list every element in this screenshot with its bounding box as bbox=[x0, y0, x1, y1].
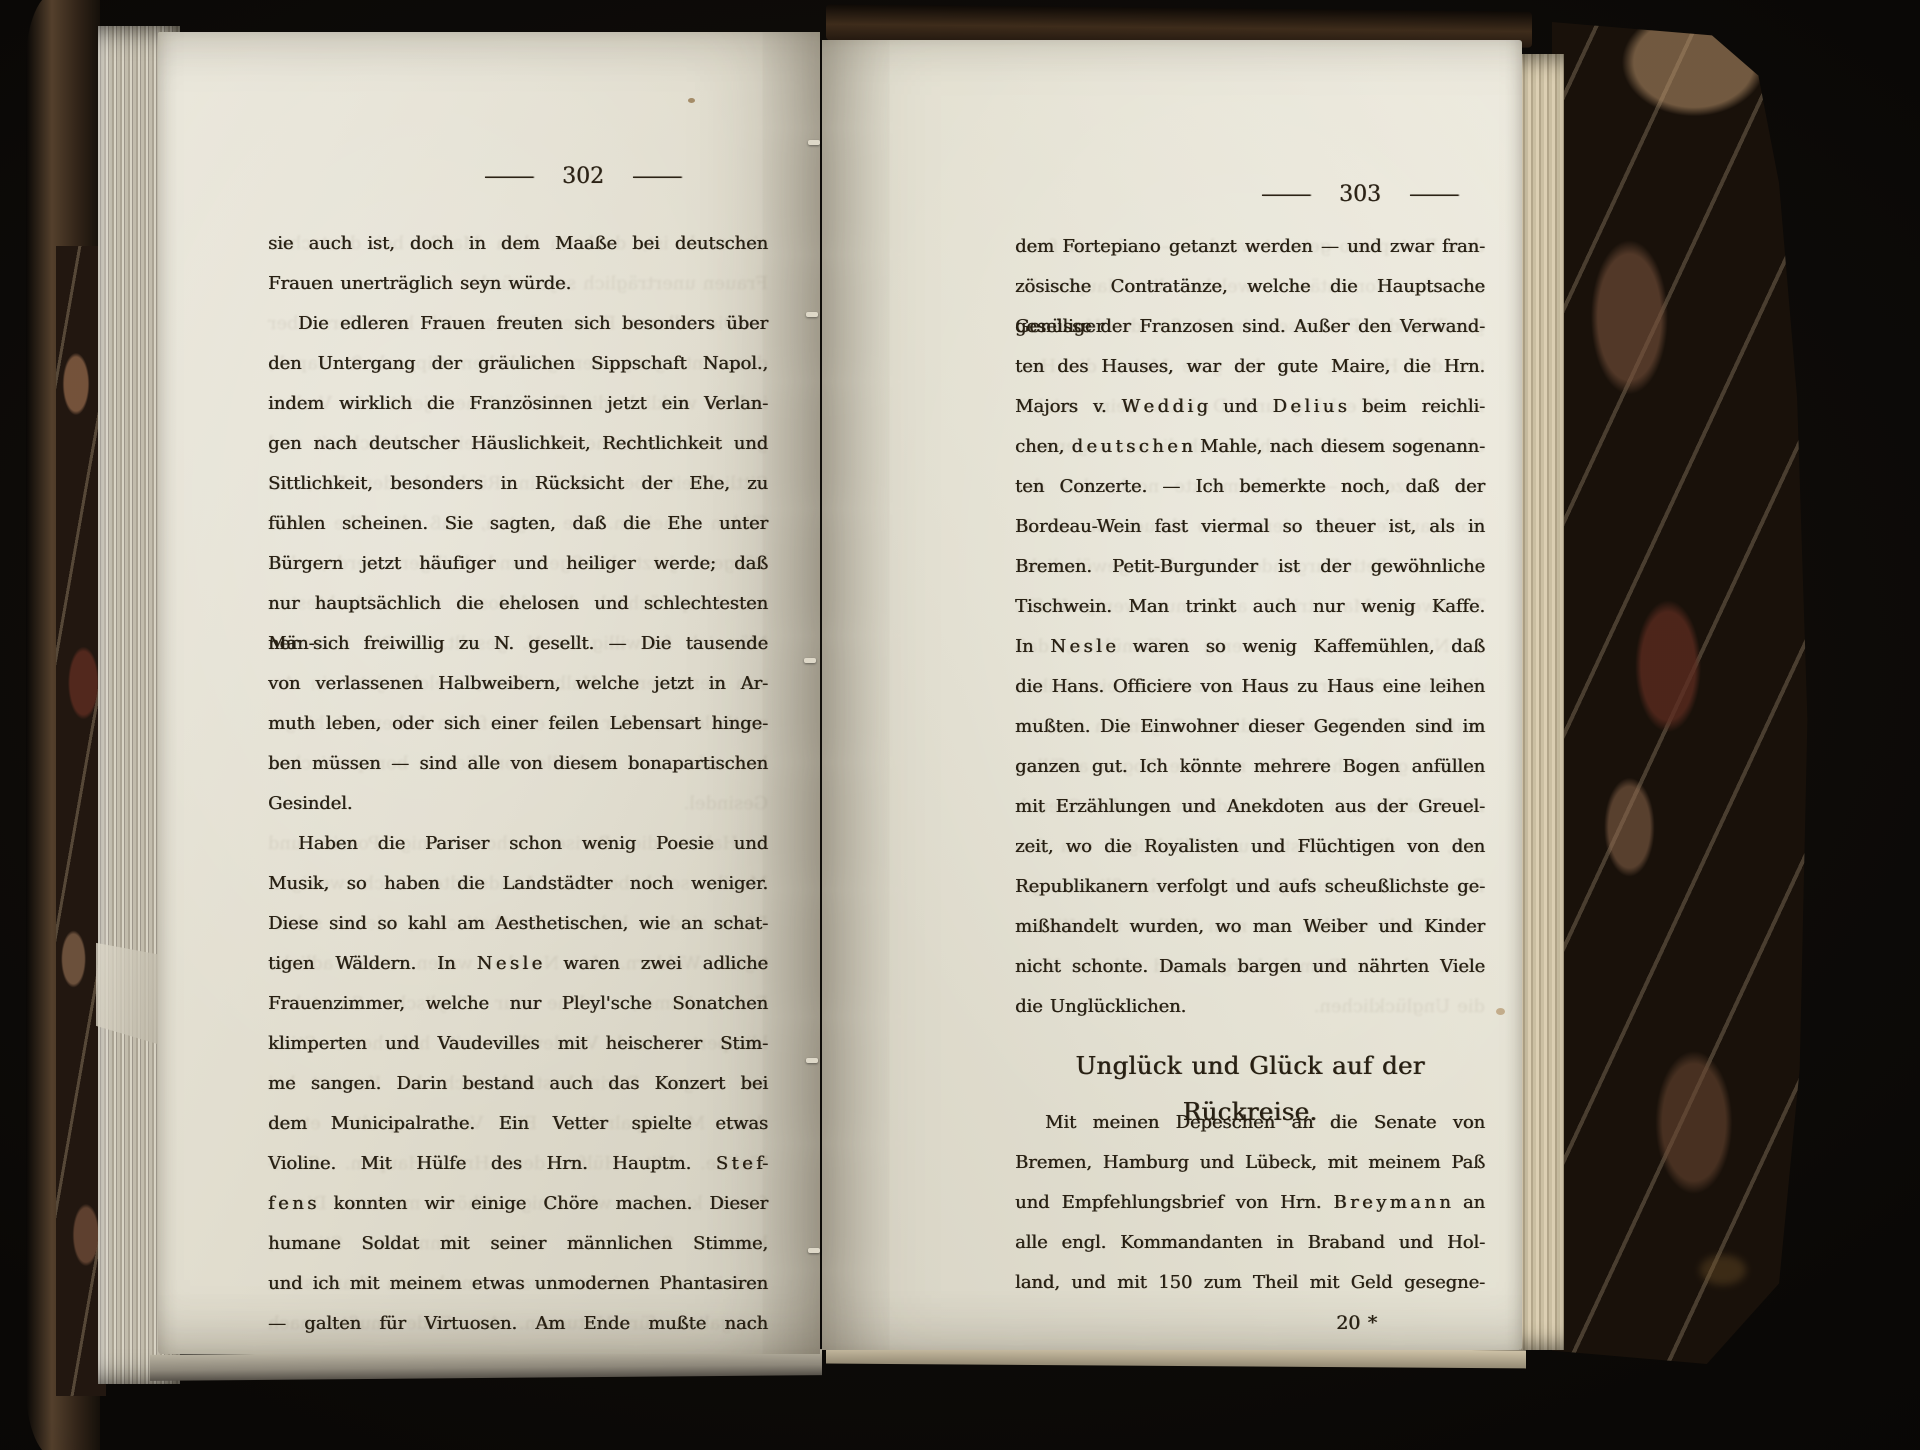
text-line: In N e s l e waren so wenig Kaffemühlen,… bbox=[1015, 627, 1485, 667]
right-page-edges bbox=[1520, 54, 1564, 1350]
book-photo: — 302 — sie auch ist, doch in dem Maaße … bbox=[0, 0, 1920, 1450]
text-line: Frauenzimmer, welche nur Pleyl'sche Sona… bbox=[268, 984, 768, 1024]
text-line: mißhandelt wurden, wo man Weiber und Kin… bbox=[1015, 907, 1485, 947]
text-line: mußten. Die Einwohner dieser Gegenden si… bbox=[1015, 707, 1485, 747]
text-line: Bremen, Hamburg und Lübeck, mit meinem P… bbox=[1015, 1143, 1485, 1183]
text-line: den Untergang der gräulichen Sippschaft … bbox=[268, 344, 768, 384]
left-page-text: sie auch ist, doch in dem Maaße bei deut… bbox=[268, 224, 768, 1344]
text-line: fühlen scheinen. Sie sagten, daß die Ehe… bbox=[268, 504, 768, 544]
text-line: Mit meinen Depeschen an die Senate von bbox=[1015, 1103, 1485, 1143]
text-line: nicht schonte. Damals bargen und nährten… bbox=[1015, 947, 1485, 987]
text-line: Bremen. Petit-Burgunder ist der gewöhnli… bbox=[1015, 547, 1485, 587]
text-line: chen, d e u t s c h e n Mahle, nach dies… bbox=[1015, 427, 1485, 467]
binding-stitch bbox=[806, 312, 818, 317]
text-line: ganzen gut. Ich könnte mehrere Bogen anf… bbox=[1015, 747, 1485, 787]
left-page-number: 302 bbox=[562, 164, 604, 189]
text-line: land, und mit 150 zum Theil mit Geld ges… bbox=[1015, 1263, 1485, 1303]
text-line: Republikanern verfolgt und aufs scheußli… bbox=[1015, 867, 1485, 907]
text-line: Die edleren Frauen freuten sich besonder… bbox=[268, 304, 768, 344]
text-line: Tischwein. Man trinkt auch nur wenig Kaf… bbox=[1015, 587, 1485, 627]
header-dash: — bbox=[1260, 182, 1313, 207]
paper-speck bbox=[1496, 1008, 1505, 1015]
paper-stain bbox=[1700, 1255, 1746, 1285]
left-page: — 302 — sie auch ist, doch in dem Maaße … bbox=[158, 32, 820, 1354]
text-line: dem Fortepiano getanzt werden — und zwar… bbox=[1015, 227, 1485, 267]
text-line: Frauen unerträglich seyn würde. bbox=[268, 264, 768, 304]
text-line: Bürgern jetzt häufiger und heiliger werd… bbox=[268, 544, 768, 584]
signature-mark: 20 * bbox=[1015, 1303, 1485, 1343]
text-line: die Hans. Officiere von Haus zu Haus ein… bbox=[1015, 667, 1485, 707]
text-line: die Unglücklichen. bbox=[1015, 987, 1485, 1027]
text-line: mit Erzählungen und Anekdoten aus der Gr… bbox=[1015, 787, 1485, 827]
header-dash: — bbox=[483, 164, 536, 189]
text-line: humane Soldat mit seiner männlichen Stim… bbox=[268, 1224, 768, 1264]
left-page-header: — 302 — bbox=[433, 164, 733, 189]
text-line: Genüsse der Franzosen sind. Außer den Ve… bbox=[1015, 307, 1485, 347]
binding-stitch bbox=[806, 1058, 818, 1063]
text-line: dem Municipalrathe. Ein Vetter spielte e… bbox=[268, 1104, 768, 1144]
right-page-paragraphs: dem Fortepiano getanzt werden — und zwar… bbox=[1015, 227, 1485, 1027]
text-line: und Empfehlungsbrief von Hrn. B r e y m … bbox=[1015, 1183, 1485, 1223]
text-line: tigen Wäldern. In N e s l e waren zwei a… bbox=[268, 944, 768, 984]
right-marbled-cover bbox=[1552, 22, 1810, 1364]
text-line: ten des Hauses, war der gute Maire, die … bbox=[1015, 347, 1485, 387]
text-line: — galten für Virtuosen. Am Ende mußte na… bbox=[268, 1304, 768, 1344]
text-line: Violine. Mit Hülfe des Hrn. Hauptm. S t … bbox=[268, 1144, 768, 1184]
header-dash: — bbox=[1408, 182, 1461, 207]
text-line: sie auch ist, doch in dem Maaße bei deut… bbox=[268, 224, 768, 264]
text-line: alle engl. Kommandanten in Braband und H… bbox=[1015, 1223, 1485, 1263]
text-line: und ich mit meinem etwas unmodernen Phan… bbox=[268, 1264, 768, 1304]
binding-stitch bbox=[808, 1248, 820, 1253]
text-line: zeit, wo die Royalisten und Flüchtigen v… bbox=[1015, 827, 1485, 867]
paper-speck bbox=[688, 98, 695, 103]
text-line: Haben die Pariser schon wenig Poesie und bbox=[268, 824, 768, 864]
right-page-text: dem Fortepiano getanzt werden — und zwar… bbox=[1015, 227, 1485, 1343]
text-line: Sittlichkeit, besonders in Rücksicht der… bbox=[268, 464, 768, 504]
text-line: muth leben, oder sich einer feilen Leben… bbox=[268, 704, 768, 744]
text-line: klimperten und Vaudevilles mit heischere… bbox=[268, 1024, 768, 1064]
text-line: Musik, so haben die Landstädter noch wen… bbox=[268, 864, 768, 904]
text-line: von verlassenen Halbweibern, welche jetz… bbox=[268, 664, 768, 704]
text-line: zösische Contratänze, welche die Hauptsa… bbox=[1015, 267, 1485, 307]
text-line: Gesindel. bbox=[268, 784, 768, 824]
text-line: nur hauptsächlich die ehelosen und schle… bbox=[268, 584, 768, 624]
text-line: ner sich freiwillig zu N. gesellt. — Die… bbox=[268, 624, 768, 664]
text-line: gen nach deutscher Häuslichkeit, Rechtli… bbox=[268, 424, 768, 464]
right-page-header: — 303 — bbox=[1210, 182, 1510, 207]
right-page: — 303 — dem Fortepiano getanzt werden — … bbox=[822, 40, 1522, 1350]
text-line: ten Conzerte. — Ich bemerkte noch, daß d… bbox=[1015, 467, 1485, 507]
right-page-number: 303 bbox=[1339, 182, 1381, 207]
text-line: me sangen. Darin bestand auch das Konzer… bbox=[268, 1064, 768, 1104]
text-line: Majors v. W e d d i g und D e l i u s be… bbox=[1015, 387, 1485, 427]
section-heading: Unglück und Glück auf der Rückreise. bbox=[1015, 1043, 1485, 1089]
binding-stitch bbox=[804, 658, 816, 663]
right-page-paragraphs-after-heading: Mit meinen Depeschen an die Senate vonBr… bbox=[1015, 1103, 1485, 1303]
text-line: indem wirklich die Französinnen jetzt ei… bbox=[268, 384, 768, 424]
header-dash: — bbox=[631, 164, 684, 189]
binding-stitch bbox=[808, 140, 820, 145]
text-line: Diese sind so kahl am Aesthetischen, wie… bbox=[268, 904, 768, 944]
text-line: ben müssen — sind alle von diesem bonapa… bbox=[268, 744, 768, 784]
text-line: Bordeau-Wein fast viermal so theuer ist,… bbox=[1015, 507, 1485, 547]
text-line: f e n s konnten wir einige Chöre machen.… bbox=[268, 1184, 768, 1224]
